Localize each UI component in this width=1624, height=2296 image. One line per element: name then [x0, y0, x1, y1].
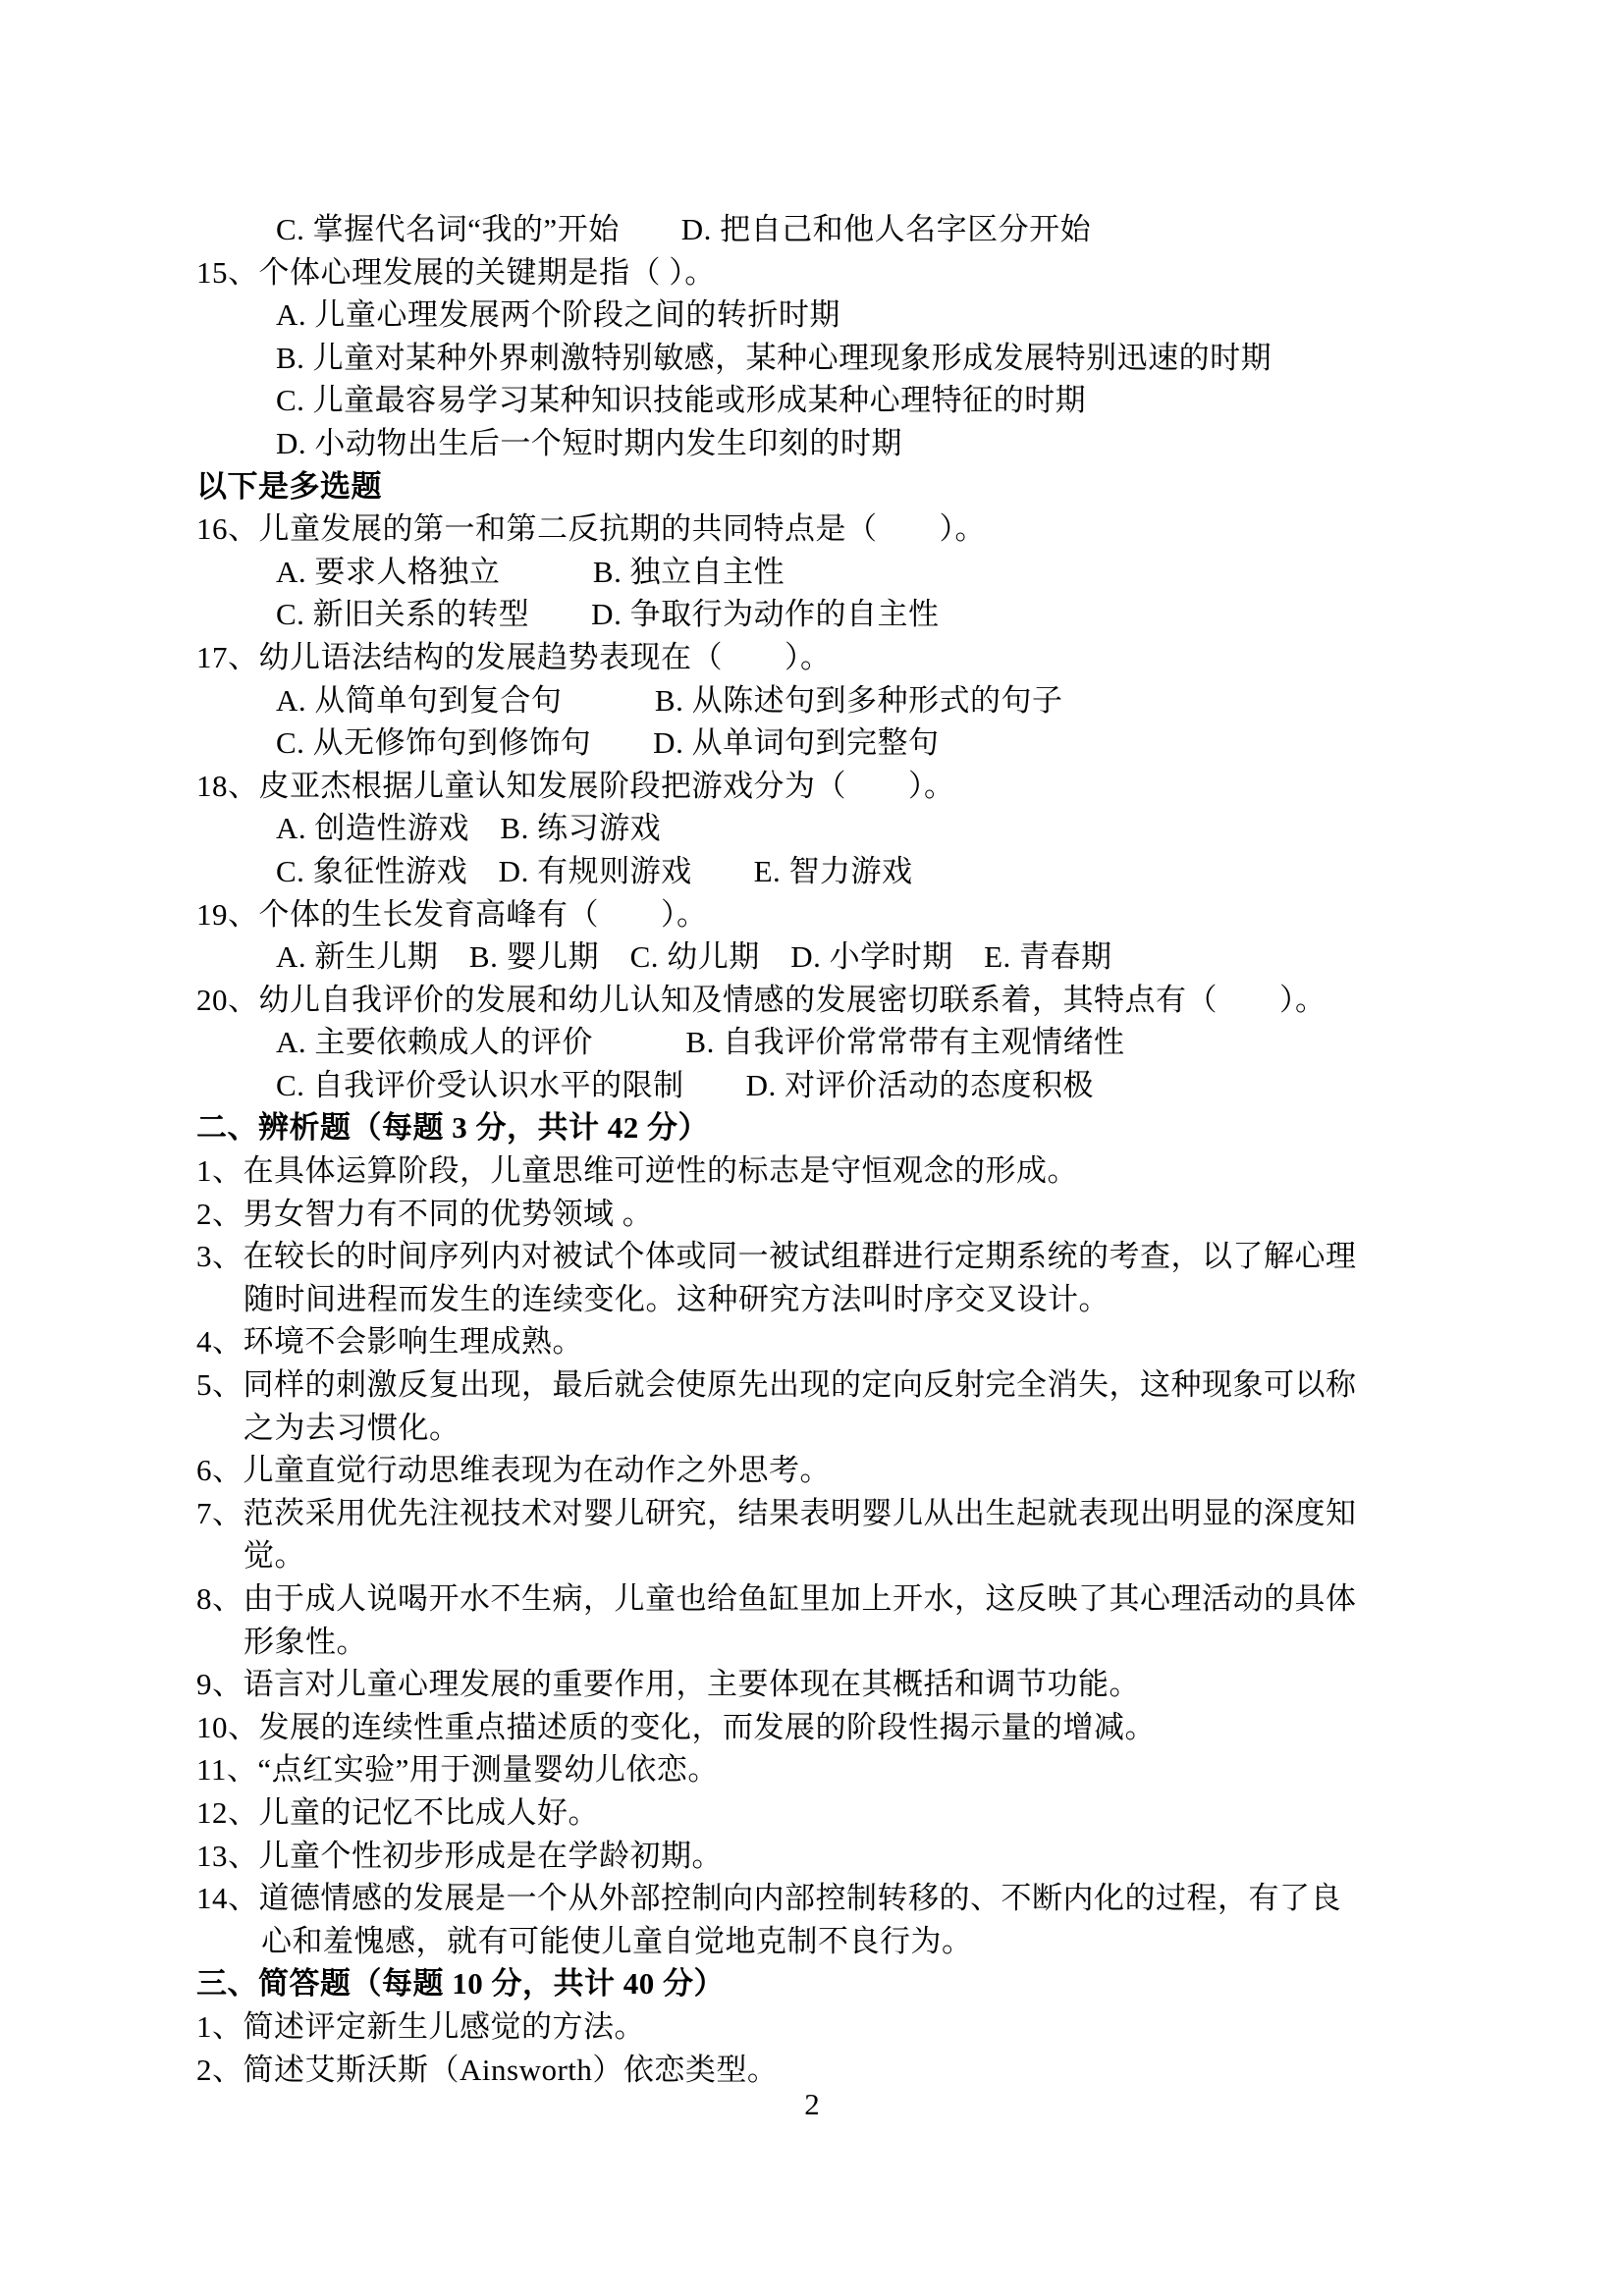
q15-option-c: C. 儿童最容易学习某种知识技能或形成某种心理特征的时期	[0, 379, 1624, 422]
s2-q2: 2、男女智力有不同的优势领域 。	[0, 1193, 1624, 1236]
section-2-heading: 二、辨析题（每题 3 分，共计 42 分）	[0, 1106, 1624, 1149]
q16-options-cd: C. 新旧关系的转型 D. 争取行为动作的自主性	[0, 593, 1624, 636]
document-body: C. 掌握代名词“我的”开始 D. 把自己和他人名字区分开始15、个体心理发展的…	[0, 208, 1624, 2091]
s2-q8-line2: 形象性。	[0, 1621, 1624, 1664]
q19-options: A. 新生儿期 B. 婴儿期 C. 幼儿期 D. 小学时期 E. 青春期	[0, 935, 1624, 979]
multi-choice-heading: 以下是多选题	[0, 465, 1624, 508]
s2-q3-line2: 随时间进程而发生的连续变化。这种研究方法叫时序交叉设计。	[0, 1278, 1624, 1321]
s2-q5-line2: 之为去习惯化。	[0, 1407, 1624, 1450]
s2-q3-line1: 3、在较长的时间序列内对被试个体或同一被试组群进行定期系统的考查，以了解心理	[0, 1235, 1624, 1278]
page-number: 2	[0, 2083, 1624, 2126]
s2-q8-line1: 8、由于成人说喝开水不生病，儿童也给鱼缸里加上开水，这反映了其心理活动的具体	[0, 1577, 1624, 1621]
s2-q1: 1、在具体运算阶段，儿童思维可逆性的标志是守恒观念的形成。	[0, 1149, 1624, 1193]
q16-stem: 16、儿童发展的第一和第二反抗期的共同特点是（ ）。	[0, 507, 1624, 551]
s2-q7-line2: 觉。	[0, 1534, 1624, 1577]
s2-q14-line2: 心和羞愧感，就有可能使儿童自觉地克制不良行为。	[0, 1920, 1624, 1963]
q15-option-d: D. 小动物出生后一个短时期内发生印刻的时期	[0, 422, 1624, 465]
s2-q11: 11、“点红实验”用于测量婴幼儿依恋。	[0, 1748, 1624, 1791]
q15-option-b: B. 儿童对某种外界刺激特别敏感，某种心理现象形成发展特别迅速的时期	[0, 337, 1624, 380]
q17-options-cd: C. 从无修饰句到修饰句 D. 从单词句到完整句	[0, 721, 1624, 765]
s2-q5-line1: 5、同样的刺激反复出现，最后就会使原先出现的定向反射完全消失，这种现象可以称	[0, 1363, 1624, 1407]
q20-options-cd: C. 自我评价受认识水平的限制 D. 对评价活动的态度积极	[0, 1064, 1624, 1107]
s2-q10: 10、发展的连续性重点描述质的变化，而发展的阶段性揭示量的增减。	[0, 1706, 1624, 1749]
s2-q12: 12、儿童的记忆不比成人好。	[0, 1791, 1624, 1835]
q17-stem: 17、幼儿语法结构的发展趋势表现在（ ）。	[0, 636, 1624, 679]
s2-q7-line1: 7、范茨采用优先注视技术对婴儿研究，结果表明婴儿从出生起就表现出明显的深度知	[0, 1492, 1624, 1535]
q18-stem: 18、皮亚杰根据儿童认知发展阶段把游戏分为（ ）。	[0, 765, 1624, 808]
q18-options-cde: C. 象征性游戏 D. 有规则游戏 E. 智力游戏	[0, 850, 1624, 893]
exam-page: C. 掌握代名词“我的”开始 D. 把自己和他人名字区分开始15、个体心理发展的…	[0, 0, 1624, 2296]
q15-option-a: A. 儿童心理发展两个阶段之间的转折时期	[0, 294, 1624, 337]
s3-q1: 1、简述评定新生儿感觉的方法。	[0, 2005, 1624, 2049]
section-3-heading: 三、简答题（每题 10 分，共计 40 分）	[0, 1962, 1624, 2005]
s2-q4: 4、环境不会影响生理成熟。	[0, 1320, 1624, 1363]
q18-options-ab: A. 创造性游戏 B. 练习游戏	[0, 807, 1624, 850]
q14-options-cd: C. 掌握代名词“我的”开始 D. 把自己和他人名字区分开始	[0, 208, 1624, 251]
q17-options-ab: A. 从简单句到复合句 B. 从陈述句到多种形式的句子	[0, 679, 1624, 722]
s2-q6: 6、儿童直觉行动思维表现为在动作之外思考。	[0, 1449, 1624, 1492]
q15-stem: 15、个体心理发展的关键期是指（ ）。	[0, 251, 1624, 294]
q19-stem: 19、个体的生长发育高峰有（ ）。	[0, 893, 1624, 936]
s2-q9: 9、语言对儿童心理发展的重要作用，主要体现在其概括和调节功能。	[0, 1663, 1624, 1706]
q16-options-ab: A. 要求人格独立 B. 独立自主性	[0, 551, 1624, 594]
q20-options-ab: A. 主要依赖成人的评价 B. 自我评价常常带有主观情绪性	[0, 1021, 1624, 1064]
s2-q14-line1: 14、道德情感的发展是一个从外部控制向内部控制转移的、不断内化的过程，有了良	[0, 1877, 1624, 1920]
q20-stem: 20、幼儿自我评价的发展和幼儿认知及情感的发展密切联系着，其特点有（ ）。	[0, 979, 1624, 1022]
s2-q13: 13、儿童个性初步形成是在学龄初期。	[0, 1835, 1624, 1878]
